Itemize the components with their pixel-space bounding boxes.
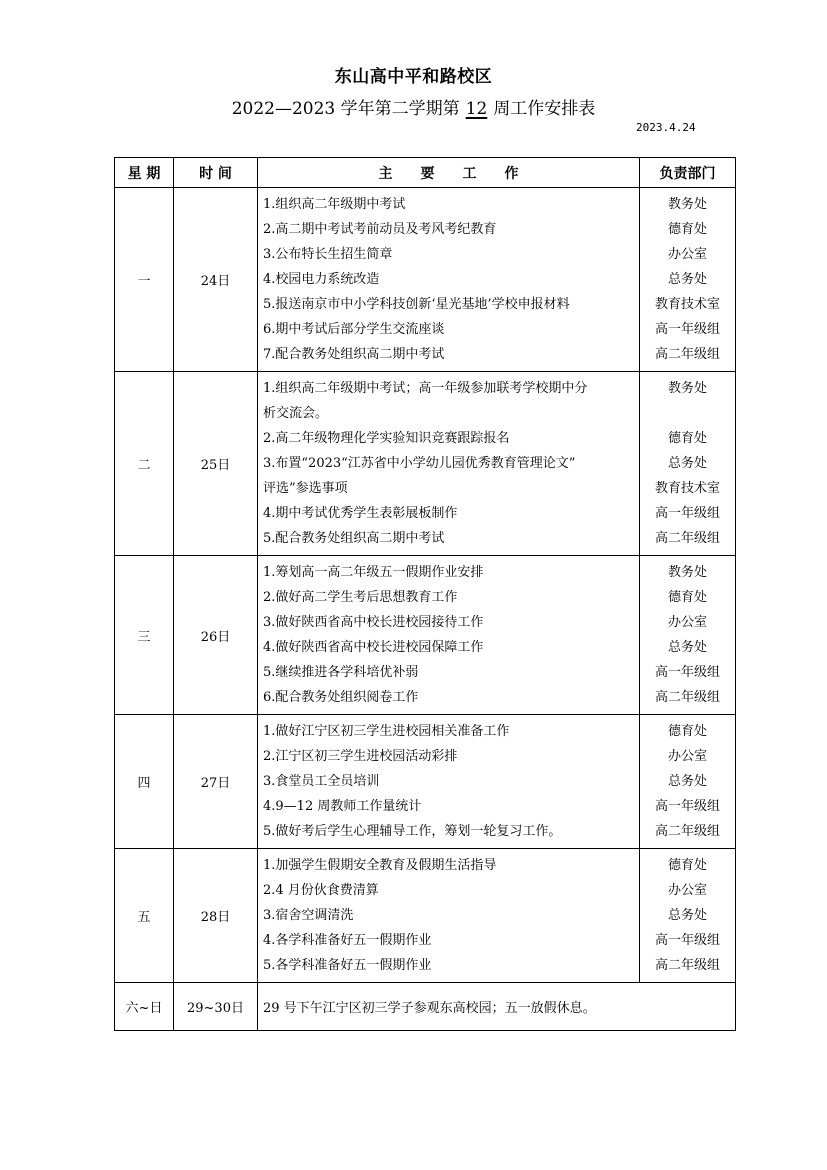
work-item: 7.配合教务处组织高二期中考试: [263, 342, 639, 367]
table-row: 二25日1.组织高二年级期中考试；高一年级参加联考学校期中分析交流会。2.高二年…: [115, 372, 736, 556]
day-cell: 二: [115, 372, 174, 556]
title-suffix: 周工作安排表: [493, 99, 595, 119]
dept-item: 教育技术室: [640, 292, 735, 317]
date-cell: 27日: [174, 715, 258, 849]
col-header-time: 时 间: [174, 158, 258, 188]
dept-item: 高一年级组: [640, 501, 735, 526]
dept-item: 教务处: [640, 192, 735, 217]
work-item: 3.做好陕西省高中校长进校园接待工作: [263, 610, 639, 635]
col-header-dept: 负责部门: [640, 158, 736, 188]
col-header-day: 星 期: [115, 158, 174, 188]
dept-item: 总务处: [640, 903, 735, 928]
dept-item: 高二年级组: [640, 819, 735, 844]
table-row: 三26日1.筹划高一高二年级五一假期作业安排2.做好高二学生考后思想教育工作3.…: [115, 556, 736, 715]
work-item: 6.期中考试后部分学生交流座谈: [263, 317, 639, 342]
work-item: 析交流会。: [263, 401, 639, 426]
dept-item: 德育处: [640, 853, 735, 878]
day-cell: 三: [115, 556, 174, 715]
dept-cell: 教务处德育处办公室总务处教育技术室高一年级组高二年级组: [640, 188, 736, 372]
dept-item: 德育处: [640, 426, 735, 451]
dept-cell: 教务处德育处办公室总务处高一年级组高二年级组: [640, 556, 736, 715]
dept-item: [640, 401, 735, 426]
dept-item: 高二年级组: [640, 342, 735, 367]
work-cell: 1.筹划高一高二年级五一假期作业安排2.做好高二学生考后思想教育工作3.做好陕西…: [258, 556, 640, 715]
day-cell: 六~日: [115, 983, 174, 1031]
table-row: 五28日1.加强学生假期安全教育及假期生活指导2.4 月份伙食费清算3.宿舍空调…: [115, 849, 736, 983]
work-item: 2.江宁区初三学生进校园活动彩排: [263, 744, 639, 769]
work-item: 4.做好陕西省高中校长进校园保障工作: [263, 635, 639, 660]
schedule-table: 星 期 时 间 主 要 工 作 负责部门 一24日1.组织高二年级期中考试2.高…: [114, 157, 736, 1031]
work-item: 5.继续推进各学科培优补弱: [263, 660, 639, 685]
day-cell: 一: [115, 188, 174, 372]
work-cell: 1.加强学生假期安全教育及假期生活指导2.4 月份伙食费清算3.宿舍空调清洗4.…: [258, 849, 640, 983]
work-cell: 1.组织高二年级期中考试2.高二期中考试考前动员及考风考纪教育3.公布特长生招生…: [258, 188, 640, 372]
dept-cell: 德育处办公室总务处高一年级组高二年级组: [640, 715, 736, 849]
dept-item: 教务处: [640, 376, 735, 401]
dept-item: 办公室: [640, 242, 735, 267]
dept-item: 总务处: [640, 635, 735, 660]
work-item: 5.报送南京市中小学科技创新‘星光基地’学校申报材料: [263, 292, 639, 317]
dept-item: 德育处: [640, 719, 735, 744]
dept-item: 高一年级组: [640, 660, 735, 685]
work-item: 2.4 月份伙食费清算: [263, 878, 639, 903]
document-date: 2023.4.24: [636, 121, 696, 134]
table-row: 一24日1.组织高二年级期中考试2.高二期中考试考前动员及考风考纪教育3.公布特…: [115, 188, 736, 372]
dept-item: 高一年级组: [640, 317, 735, 342]
date-cell: 29~30日: [174, 983, 258, 1031]
work-item: 1.组织高二年级期中考试；高一年级参加联考学校期中分: [263, 376, 639, 401]
work-item: 3.公布特长生招生简章: [263, 242, 639, 267]
dept-cell: 德育处办公室总务处高一年级组高二年级组: [640, 849, 736, 983]
work-item: 2.高二年级物理化学实验知识竞赛跟踪报名: [263, 426, 639, 451]
work-item: 5.配合教务处组织高二期中考试: [263, 526, 639, 551]
work-cell: 1.做好江宁区初三学生进校园相关准备工作2.江宁区初三学生进校园活动彩排3.食堂…: [258, 715, 640, 849]
work-item: 1.组织高二年级期中考试: [263, 192, 639, 217]
work-item: 1.加强学生假期安全教育及假期生活指导: [263, 853, 639, 878]
dept-item: 教育技术室: [640, 476, 735, 501]
dept-item: 高一年级组: [640, 794, 735, 819]
work-item: 1.做好江宁区初三学生进校园相关准备工作: [263, 719, 639, 744]
work-item: 4.期中考试优秀学生表彰展板制作: [263, 501, 639, 526]
dept-item: 办公室: [640, 744, 735, 769]
dept-item: 高二年级组: [640, 685, 735, 710]
date-cell: 26日: [174, 556, 258, 715]
dept-item: 办公室: [640, 610, 735, 635]
work-cell: 1.组织高二年级期中考试；高一年级参加联考学校期中分析交流会。2.高二年级物理化…: [258, 372, 640, 556]
dept-item: 办公室: [640, 878, 735, 903]
week-number: 12: [460, 99, 494, 119]
work-cell: 29 号下午江宁区初三学子参观东高校园；五一放假休息。: [258, 983, 736, 1031]
work-item: 3.宿舍空调清洗: [263, 903, 639, 928]
title-prefix: 2022—2023 学年第二学期第: [232, 99, 460, 119]
work-item: 2.做好高二学生考后思想教育工作: [263, 585, 639, 610]
work-item: 1.筹划高一高二年级五一假期作业安排: [263, 560, 639, 585]
col-header-work: 主 要 工 作: [258, 158, 640, 188]
dept-item: 高一年级组: [640, 928, 735, 953]
work-item: 4.校园电力系统改造: [263, 267, 639, 292]
work-item: 6.配合教务处组织阅卷工作: [263, 685, 639, 710]
dept-item: 教务处: [640, 560, 735, 585]
dept-item: 高二年级组: [640, 953, 735, 978]
date-cell: 25日: [174, 372, 258, 556]
dept-item: 总务处: [640, 451, 735, 476]
dept-item: 总务处: [640, 267, 735, 292]
day-cell: 五: [115, 849, 174, 983]
date-cell: 24日: [174, 188, 258, 372]
work-item: 4.各学科准备好五一假期作业: [263, 928, 639, 953]
work-item: 评选”参选事项: [263, 476, 639, 501]
table-row-weekend: 六~日 29~30日 29 号下午江宁区初三学子参观东高校园；五一放假休息。: [115, 983, 736, 1031]
dept-item: 高二年级组: [640, 526, 735, 551]
document-title: 2022—2023 学年第二学期第12周工作安排表: [0, 94, 827, 119]
dept-item: 德育处: [640, 585, 735, 610]
dept-item: 总务处: [640, 769, 735, 794]
work-item: 3.食堂员工全员培训: [263, 769, 639, 794]
work-item: 3.布置“2023“江苏省中小学幼儿园优秀教育管理论文”: [263, 451, 639, 476]
date-cell: 28日: [174, 849, 258, 983]
school-name: 东山高中平和路校区: [0, 62, 827, 87]
work-item: 2.高二期中考试考前动员及考风考纪教育: [263, 217, 639, 242]
work-item: 4.9—12 周教师工作量统计: [263, 794, 639, 819]
dept-cell: 教务处德育处总务处教育技术室高一年级组高二年级组: [640, 372, 736, 556]
table-row: 四27日1.做好江宁区初三学生进校园相关准备工作2.江宁区初三学生进校园活动彩排…: [115, 715, 736, 849]
dept-item: 德育处: [640, 217, 735, 242]
work-item: 5.各学科准备好五一假期作业: [263, 953, 639, 978]
header-row: 星 期 时 间 主 要 工 作 负责部门: [115, 158, 736, 188]
work-item: 5.做好考后学生心理辅导工作，筹划一轮复习工作。: [263, 819, 639, 844]
day-cell: 四: [115, 715, 174, 849]
